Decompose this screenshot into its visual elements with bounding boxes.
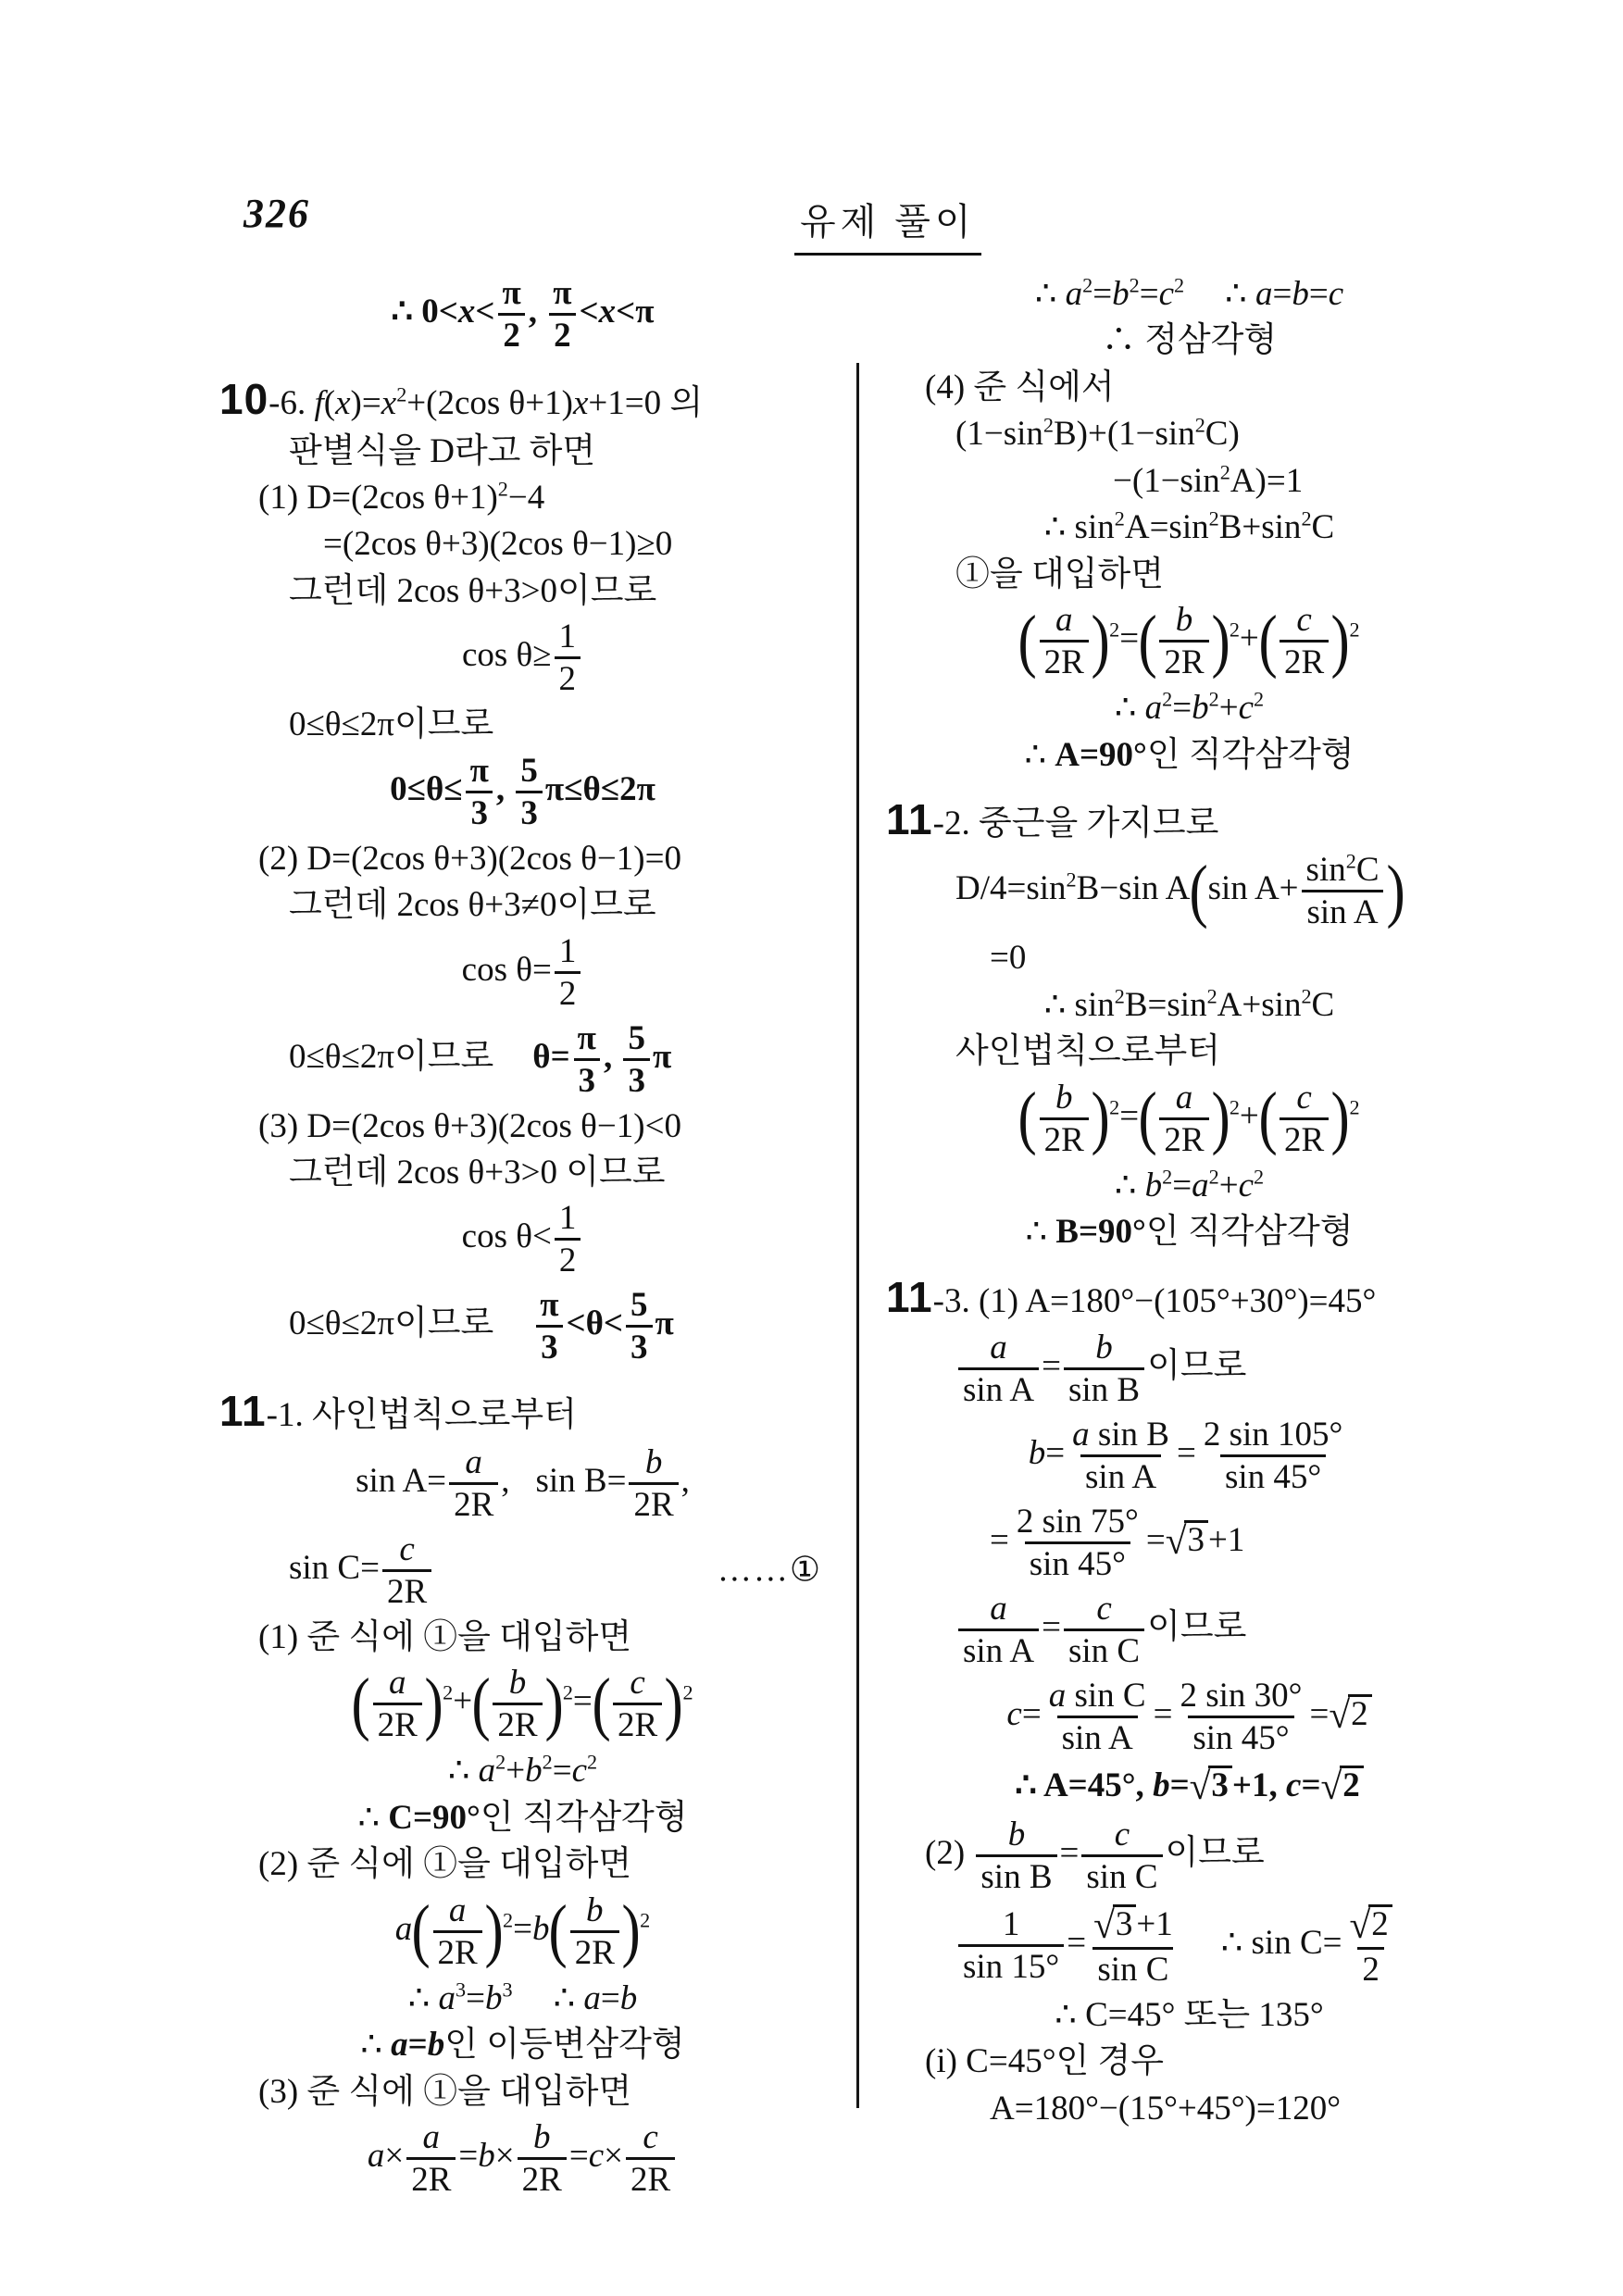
big-paren: ) — [665, 1669, 683, 1740]
text-line: 10-6. f(x)=x2+(2cos θ+1)x+1=0 의 — [219, 376, 826, 424]
fraction: √22 — [1345, 1903, 1397, 1988]
big-paren: ) — [1386, 856, 1405, 927]
big-paren: ) — [1211, 606, 1230, 677]
fraction: a2R — [373, 1665, 422, 1743]
formula-line: 0≤θ≤2π이므로π3<θ<53π — [289, 1287, 826, 1366]
formula-line: −(1−sin2A)=1 — [1113, 462, 1492, 500]
fraction: 53 — [623, 1020, 650, 1099]
big-paren: ( — [549, 1896, 568, 1966]
text-line: 사인법칙으로부터 — [955, 1032, 1492, 1070]
formula-line: =2 sin 75°sin 45°=√3+1 — [990, 1504, 1492, 1582]
formula-line: A=180°−(15°+45°)=120° — [990, 2090, 1492, 2128]
formula-line: (b2R)2=(a2R)2+(c2R)2 — [886, 1079, 1492, 1158]
fraction: b2R — [570, 1892, 619, 1971]
square-root: √2 — [1350, 1904, 1392, 1944]
fraction: bsin B — [1064, 1329, 1144, 1408]
big-paren: ) — [1331, 1083, 1350, 1154]
formula-line: ∴ a=b인 이등변삼각형 — [219, 2026, 826, 2064]
book-page: 326 유제 풀이 ∴ 0<x<π2, π2<x<π10-6. f(x)=x2+… — [0, 0, 1623, 2296]
fraction: π2 — [497, 275, 525, 354]
text-line: 그런데 2cos θ+3≠0이므로 — [289, 886, 826, 924]
fraction: π3 — [535, 1287, 563, 1366]
formula-line: ∴ b2=a2+c2 — [886, 1167, 1492, 1204]
formula-line: ∴ sin2A=sin2B+sin2C — [886, 508, 1492, 546]
fraction: b2R — [493, 1665, 542, 1743]
square-root: √3 — [1190, 1765, 1232, 1807]
formula-line: cos θ≥12 — [219, 618, 826, 697]
formula-line: (a2R)2+(b2R)2=(c2R)2 — [219, 1665, 826, 1743]
fraction: b2R — [629, 1444, 678, 1523]
formula-line: =(2cos θ+3)(2cos θ−1)≥0 — [323, 525, 826, 563]
fraction: a sin Bsin A — [1067, 1416, 1174, 1495]
square-root: √3 — [1166, 1519, 1208, 1562]
text-line: (i) C=45°인 경우 — [925, 2042, 1492, 2080]
formula-line: ∴ a2=b2=c2∴ a=b=c — [886, 275, 1492, 313]
big-paren: ( — [1258, 1083, 1277, 1154]
big-paren: ( — [1190, 856, 1208, 927]
fraction: a2R — [449, 1444, 498, 1523]
big-paren: ) — [1331, 606, 1350, 677]
text-line: (3) D=(2cos θ+3)(2cos θ−1)<0 — [258, 1107, 826, 1145]
text-line: 11-2. 중근을 가지므로 — [886, 796, 1492, 844]
big-paren: ( — [412, 1896, 431, 1966]
text-line: 그런데 2cos θ+3>0 이므로 — [289, 1154, 826, 1192]
formula-line: cos θ<12 — [219, 1200, 826, 1279]
fraction: csin C — [1081, 1816, 1162, 1895]
formula-line: asin A=bsin B이므로 — [955, 1329, 1492, 1408]
formula-line: (a2R)2=(b2R)2+(c2R)2 — [886, 602, 1492, 680]
fraction: asin A — [958, 1329, 1039, 1408]
fraction: bsin B — [976, 1816, 1056, 1895]
formula-line: sin A=a2R,sin B=b2R, — [219, 1444, 826, 1523]
formula-line: c=a sin Csin A=2 sin 30°sin 45°=√2 — [886, 1678, 1492, 1756]
formula-line: ∴ a2=b2+c2 — [886, 689, 1492, 727]
big-paren: ( — [592, 1669, 610, 1740]
text-line: (4) 준 식에서 — [925, 368, 1492, 406]
fraction: c2R — [1280, 1079, 1329, 1158]
formula-line: ∴ C=45° 또는 135° — [886, 1996, 1492, 2034]
formula-line: ∴ a3=b3∴ a=b — [219, 1979, 826, 2017]
formula-line: a(a2R)2=b(b2R)2 — [219, 1892, 826, 1971]
header-title: 유제 풀이 — [794, 193, 981, 256]
fraction: a sin Csin A — [1044, 1678, 1151, 1756]
big-paren: ) — [424, 1669, 443, 1740]
fraction: b2R — [518, 2119, 567, 2198]
fraction: √3+1sin C — [1089, 1903, 1178, 1988]
equation-ref: ……① — [718, 1552, 822, 1590]
fraction: c2R — [626, 2119, 675, 2198]
big-paren: ) — [621, 1896, 640, 1966]
text-line: 11-1. 사인법칙으로부터 — [219, 1388, 826, 1436]
fraction: 12 — [555, 1200, 581, 1279]
text-line: (1) 준 식에 ①을 대입하면 — [258, 1618, 826, 1656]
fraction: 12 — [555, 618, 581, 697]
text-line: 판별식을 D라고 하면 — [289, 432, 826, 470]
square-root: √2 — [1329, 1693, 1371, 1736]
text-line: (2) D=(2cos θ+3)(2cos θ−1)=0 — [258, 840, 826, 878]
fraction: 1sin 15° — [958, 1906, 1064, 1985]
formula-line: ∴ A=45°, b=√3+1, c=√2 — [886, 1765, 1492, 1807]
formula-line: 0≤θ≤π3, 53π≤θ≤2π — [219, 753, 826, 831]
fraction: a2R — [1040, 602, 1089, 680]
big-paren: ) — [544, 1669, 563, 1740]
square-root: √3 — [1093, 1904, 1136, 1944]
fraction: b2R — [1040, 1079, 1089, 1158]
fraction: 2 sin 75°sin 45° — [1012, 1504, 1143, 1582]
big-paren: ( — [352, 1669, 370, 1740]
fraction: c2R — [1280, 602, 1329, 680]
fraction: π2 — [548, 275, 576, 354]
big-paren: ) — [1211, 1083, 1230, 1154]
formula-line: 1sin 15°=√3+1sin C∴ sin C=√22 — [955, 1903, 1492, 1988]
square-root: √2 — [1321, 1765, 1364, 1807]
formula-line: sin C=c2R……① — [289, 1531, 826, 1610]
formula-line: 0≤θ≤2π이므로θ=π3, 53π — [289, 1020, 826, 1099]
formula-line: ∴ B=90°인 직각삼각형 — [886, 1213, 1492, 1251]
formula-line: ∴ A=90°인 직각삼각형 — [886, 736, 1492, 774]
fraction: c2R — [382, 1531, 431, 1610]
page-number: 326 — [243, 190, 310, 237]
formula-line: =0 — [990, 939, 1492, 977]
formula-line: ∴ 정삼각형 — [886, 321, 1492, 359]
big-paren: ( — [1018, 606, 1037, 677]
formula-line: ∴ sin2B=sin2A+sin2C — [886, 986, 1492, 1024]
left-column: ∴ 0<x<π2, π2<x<π10-6. f(x)=x2+(2cos θ+1)… — [219, 267, 826, 2206]
right-column: ∴ a2=b2=c2∴ a=b=c∴ 정삼각형(4) 준 식에서(1−sin2B… — [886, 267, 1492, 2136]
fraction: b2R — [1159, 602, 1208, 680]
big-paren: ( — [1018, 1083, 1037, 1154]
fraction: a2R — [1159, 1079, 1208, 1158]
text-line: (3) 준 식에 ①을 대입하면 — [258, 2073, 826, 2111]
big-paren: ) — [1091, 1083, 1109, 1154]
fraction: c2R — [613, 1665, 662, 1743]
fraction: a2R — [406, 2119, 456, 2198]
big-paren: ) — [484, 1896, 503, 1966]
text-line: 11-3. (1) A=180°−(105°+30°)=45° — [886, 1274, 1492, 1322]
fraction: a2R — [433, 1892, 482, 1971]
text-line: (2) bsin B=csin C이므로 — [925, 1816, 1492, 1895]
text-line: 0≤θ≤2π이므로 — [289, 705, 826, 743]
fraction: π3 — [573, 1020, 601, 1099]
text-line: ①을 대입하면 — [955, 555, 1492, 593]
fraction: 53 — [626, 1287, 653, 1366]
column-divider — [856, 363, 859, 2108]
fraction: π3 — [466, 753, 493, 831]
formula-line: ∴ a2+b2=c2 — [219, 1752, 826, 1790]
big-paren: ( — [1139, 606, 1157, 677]
text-line: 그런데 2cos θ+3>0이므로 — [289, 572, 826, 610]
formula-line: ∴ C=90°인 직각삼각형 — [219, 1799, 826, 1837]
big-paren: ) — [1091, 606, 1109, 677]
formula-line: (1−sin2B)+(1−sin2C) — [955, 415, 1492, 453]
text-line: (2) 준 식에 ①을 대입하면 — [258, 1845, 826, 1883]
formula-line: D/4=sin2B−sin A(sin A+sin2Csin A) — [955, 852, 1492, 930]
formula-line: b=a sin Bsin A=2 sin 105°sin 45° — [886, 1416, 1492, 1495]
formula-line: ∴ 0<x<π2, π2<x<π — [219, 275, 826, 354]
formula-line: cos θ=12 — [219, 933, 826, 1012]
fraction: sin2Csin A — [1302, 852, 1384, 930]
formula-line: a×a2R=b×b2R=c×c2R — [219, 2119, 826, 2198]
fraction: asin A — [958, 1591, 1039, 1669]
fraction: 12 — [555, 933, 581, 1012]
big-paren: ( — [1258, 606, 1277, 677]
fraction: csin C — [1064, 1591, 1144, 1669]
formula-line: asin A=csin C이므로 — [955, 1591, 1492, 1669]
fraction: 53 — [516, 753, 543, 831]
fraction: 2 sin 30°sin 45° — [1175, 1678, 1306, 1756]
text-line: (1) D=(2cos θ+1)2−4 — [258, 479, 826, 517]
fraction: 2 sin 105°sin 45° — [1199, 1416, 1347, 1495]
big-paren: ( — [472, 1669, 491, 1740]
big-paren: ( — [1139, 1083, 1157, 1154]
